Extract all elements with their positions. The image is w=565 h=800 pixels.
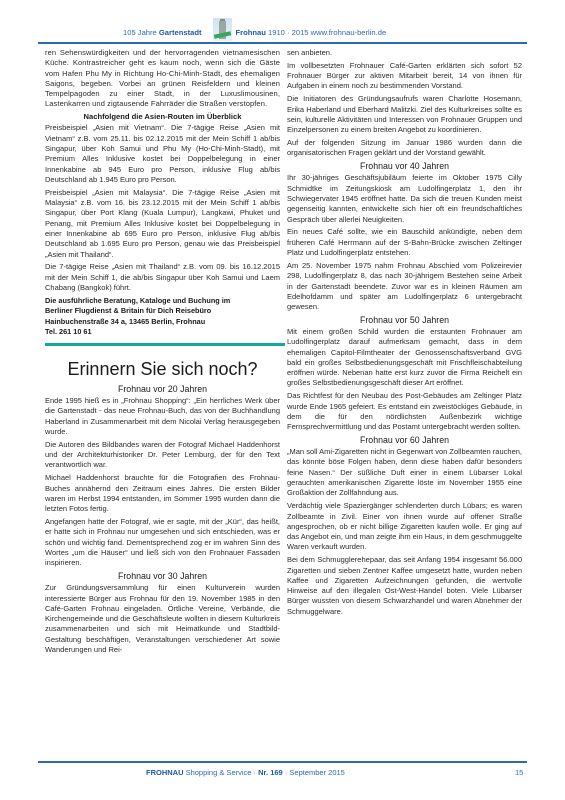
routes-heading: Nachfolgend die Asien-Routen im Überblic… — [45, 112, 280, 122]
contact-phone: Tel. 261 10 61 — [45, 327, 280, 337]
heading-50-years: Frohnau vor 50 Jahren — [287, 315, 522, 326]
contact-line-2: Berliner Flugdienst & Britain für Dich R… — [45, 306, 280, 316]
section-divider — [45, 343, 285, 346]
intro-paragraph: ren Sehenswürdigkeiten und der hervorrag… — [45, 48, 280, 110]
paragraph-60-1: „Man soll Ami-Zigaretten nicht in Gegenw… — [287, 447, 522, 498]
paragraph-40-1: Ihr 30-jähriges Geschäftsjubiläum feiert… — [287, 173, 522, 224]
contact-block: Die ausführliche Beratung, Kataloge und … — [45, 296, 280, 337]
section-title: Erinnern Sie sich noch? — [45, 358, 280, 380]
heading-20-years: Frohnau vor 20 Jahren — [45, 384, 280, 395]
paragraph-20-4: Angefangen hatte der Fotograf, wie er sa… — [45, 517, 280, 568]
paragraph-20-2: Die Autoren des Bildbandes waren der Fot… — [45, 440, 280, 471]
footer-publication: FROHNAU Shopping & Service · Nr. 169 · S… — [146, 768, 345, 777]
paragraph-30-4: Auf der folgenden Sitzung im Januar 1986… — [287, 138, 522, 159]
contact-line-1: Die ausführliche Beratung, Kataloge und … — [45, 296, 280, 306]
paragraph-30-3: Die Initiatoren des Gründungsaufrufs war… — [287, 94, 522, 135]
contact-line-3: Hainbuchenstraße 34 a, 13465 Berlin, Fro… — [45, 317, 280, 327]
paragraph-50-1: Mit einem großen Schild wurden die ersta… — [287, 327, 522, 389]
paragraph-30-continued: sen anbieten. — [287, 48, 522, 58]
paragraph-40-3: Am 25. November 1975 nahm Frohnau Abschi… — [287, 261, 522, 312]
footer-issue: Nr. 169 — [258, 768, 283, 777]
header-brand-gartenstadt: Gartenstadt — [159, 28, 202, 37]
footer-divider — [38, 761, 527, 763]
paragraph-20-3: Michael Haddenhorst brauchte für die Fot… — [45, 473, 280, 514]
header-website-link[interactable]: www.frohnau-berlin.de — [311, 28, 387, 37]
paragraph-60-2: Verdächtig viele Spaziergänger schlender… — [287, 501, 522, 552]
footer-date: · September 2015 — [283, 768, 345, 777]
header-years: 1910 · 2015 — [266, 28, 311, 37]
header-prefix: 105 Jahre — [123, 28, 159, 37]
heading-60-years: Frohnau vor 60 Jahren — [287, 435, 522, 446]
page-number: 15 — [515, 768, 523, 777]
page-header: 105 Jahre GartenstadtFrohnau 1910 · 2015… — [0, 18, 565, 42]
route-thailand: Die 7-tägige Reise „Asien mit Thailand“ … — [45, 262, 280, 293]
paragraph-30-1: Zur Gründungsversammlung für einen Kultu… — [45, 583, 280, 655]
header-divider — [38, 42, 527, 44]
route-vietnam: Preisbeispiel „Asien mit Vietnam“. Die 7… — [45, 123, 280, 185]
right-column: sen anbieten. Im vollbesetzten Frohnauer… — [287, 48, 522, 620]
left-column: ren Sehenswürdigkeiten und der hervorrag… — [45, 48, 280, 658]
footer-brand: FROHNAU — [146, 768, 184, 777]
paragraph-50-2: Das Richtfest für den Neubau des Post-Ge… — [287, 391, 522, 432]
paragraph-60-3: Bei dem Schmugglerehepaar, das seit Anfa… — [287, 555, 522, 617]
paragraph-20-1: Ende 1995 hieß es in „Frohnau Shopping“:… — [45, 396, 280, 437]
header-brand-frohnau: Frohnau — [236, 28, 266, 37]
heading-40-years: Frohnau vor 40 Jahren — [287, 161, 522, 172]
header-text: 105 Jahre GartenstadtFrohnau 1910 · 2015… — [123, 28, 386, 37]
route-malaysia: Preisbeispiel „Asien mit Malaysia“. Die … — [45, 188, 280, 260]
heading-30-years: Frohnau vor 30 Jahren — [45, 571, 280, 582]
footer-publication-name: Shopping & Service · — [184, 768, 259, 777]
paragraph-40-2: Ein neues Café sollte, wie ein Bauschild… — [287, 227, 522, 258]
paragraph-30-2: Im vollbesetzten Frohnauer Café-Garten e… — [287, 61, 522, 92]
